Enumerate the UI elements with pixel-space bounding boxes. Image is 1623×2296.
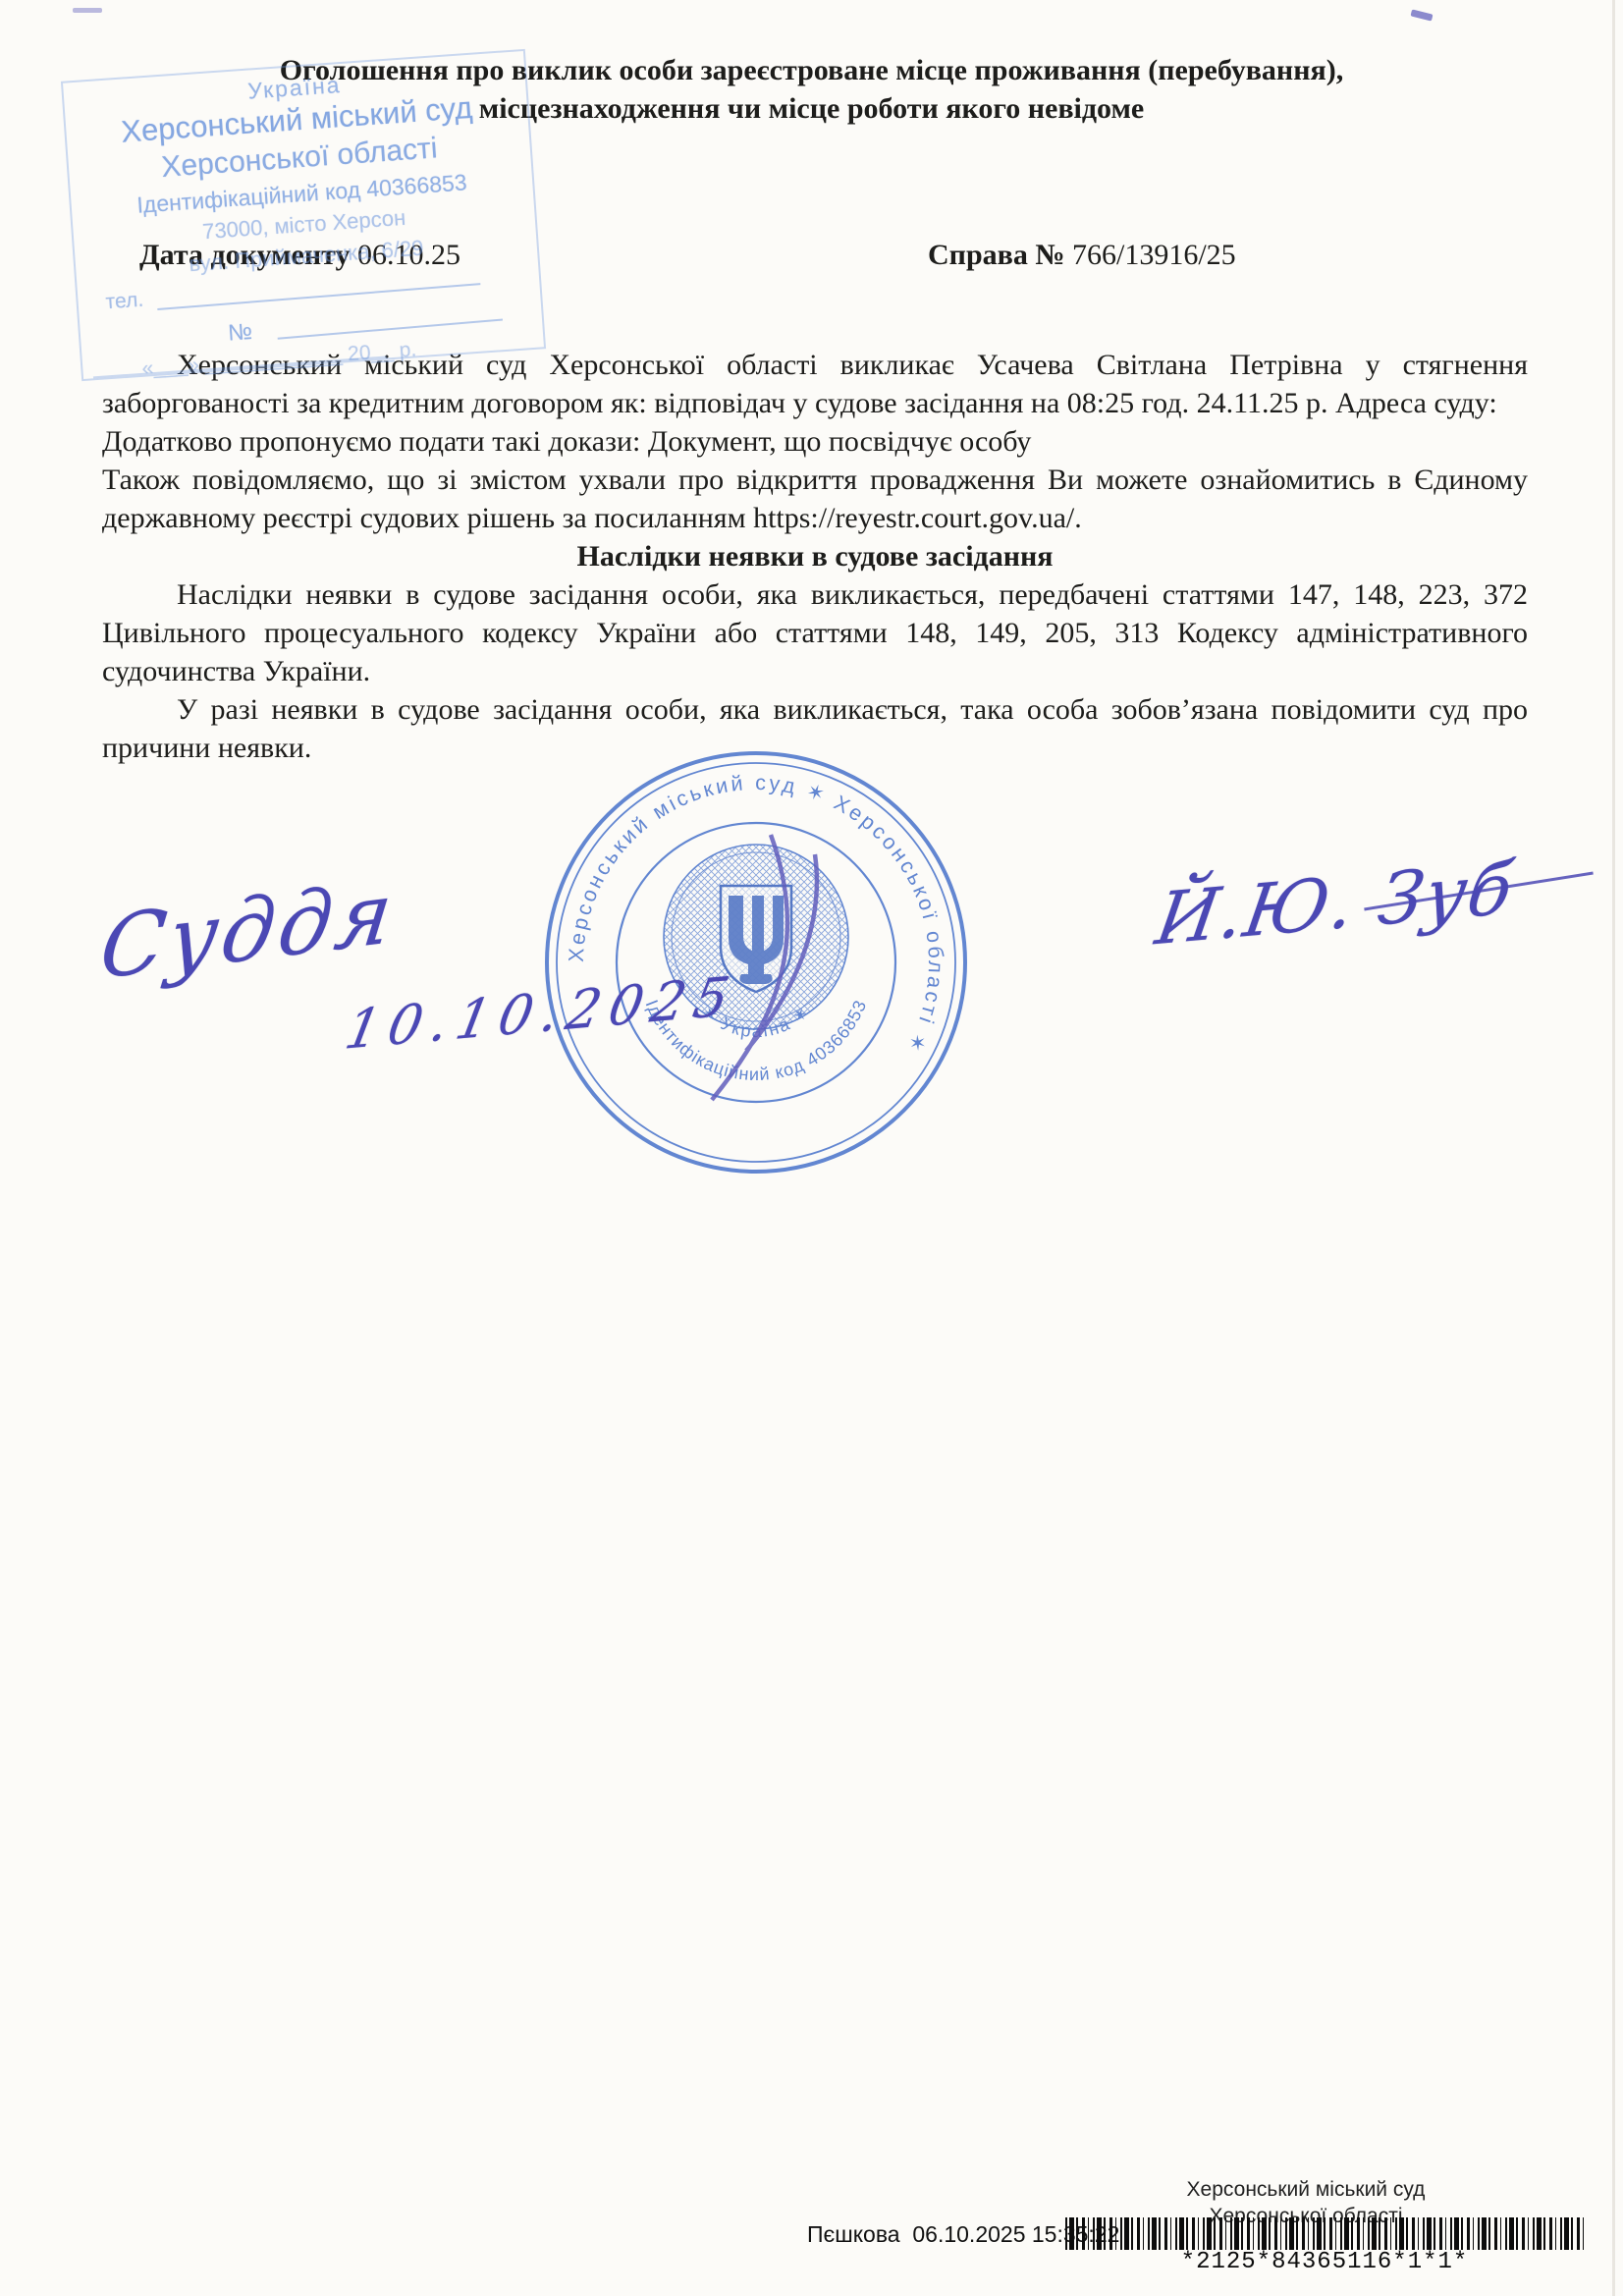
round-seal-graphic: Херсонський міський суд ✶ Херсонської об… [528, 735, 984, 1190]
court-rectangular-stamp: Україна Херсонський міський суд Херсонсь… [61, 49, 546, 381]
scan-edge-artifact [1612, 0, 1615, 2296]
case-number-value: 766/13916/25 [1072, 239, 1236, 271]
stamp-rule-line [278, 319, 503, 340]
ink-speck [73, 8, 102, 13]
case-number-label: Справа № [928, 239, 1064, 271]
handwritten-signature: Й.Ю. Зуб [1151, 846, 1520, 960]
document-body: Херсонський міський суд Херсонської обла… [102, 346, 1528, 767]
case-number: Справа № 766/13916/25 [928, 239, 1236, 272]
handwritten-judge-word: Суддя [95, 862, 402, 999]
stamp-number-label: № [227, 318, 253, 347]
paragraph-consequences: Наслідки неявки в судове засідання особи… [102, 575, 1528, 690]
section-heading-consequences: Наслідки неявки в судове засідання [102, 537, 1528, 575]
stamp-tel-label: тел. [105, 289, 144, 315]
paragraph-registry: Також повідомляємо, що зі змістом ухвали… [102, 461, 1528, 537]
footer-operator-name: Пєшкова [807, 2221, 900, 2247]
document-barcode [1065, 2217, 1584, 2250]
scanned-court-document: Україна Херсонський міський суд Херсонсь… [0, 0, 1623, 2296]
footer-court-line1: Херсонський міський суд [1095, 2176, 1517, 2203]
court-round-seal: Херсонський міський суд ✶ Херсонської об… [528, 735, 984, 1190]
ink-speck [1410, 9, 1433, 21]
stamp-rule-line [157, 283, 480, 310]
barcode-caption: *2125*84365116*1*1* [1065, 2249, 1584, 2275]
paragraph-evidence: Додатково пропонуємо подати такі докази:… [102, 422, 1528, 461]
